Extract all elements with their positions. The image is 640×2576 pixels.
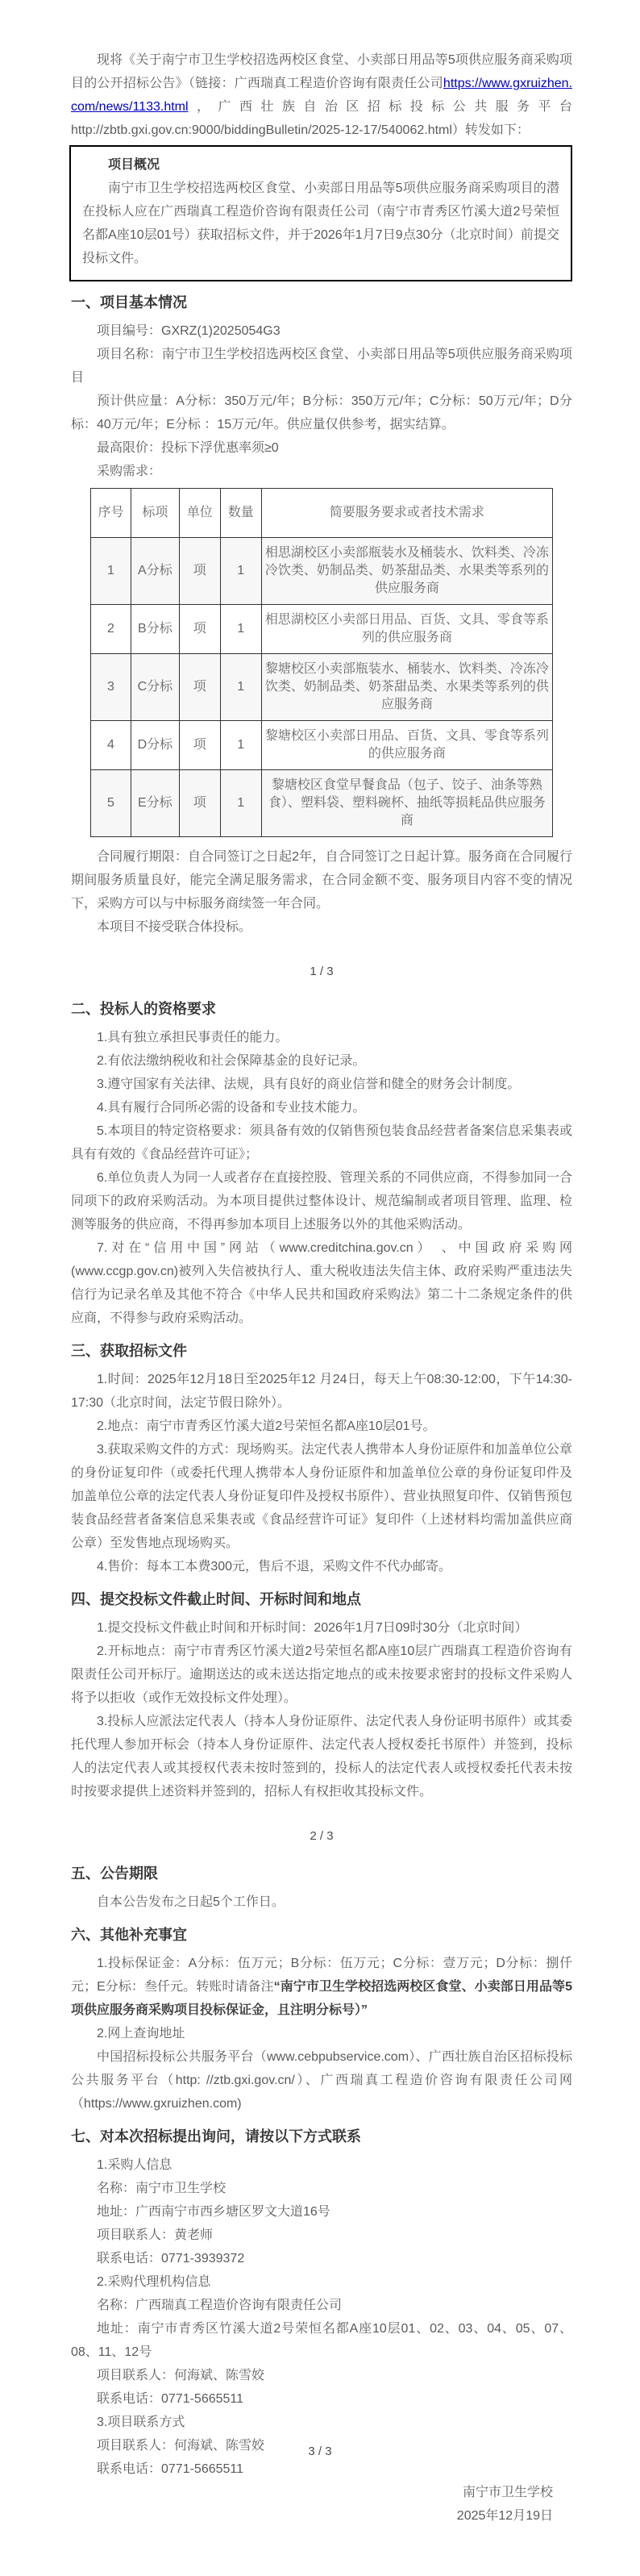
table-cell: 项 bbox=[179, 770, 220, 837]
table-header-cell: 单位 bbox=[179, 489, 220, 538]
list-paragraph: 地址：广西南宁市西乡塘区罗文大道16号 bbox=[71, 2200, 572, 2224]
table-cell: B分标 bbox=[131, 605, 179, 654]
list-paragraph: 名称：广西瑞真工程造价咨询有限责任公司 bbox=[71, 2294, 572, 2317]
table-header-row: 序号标项单位数量简要服务要求或者技术需求 bbox=[91, 489, 553, 538]
list-paragraph: 5.本项目的特定资格要求：须具备有效的仅销售预包装食品经营者备案信息采集表或具有… bbox=[71, 1119, 572, 1166]
page-1-number: 1 / 3 bbox=[71, 960, 572, 983]
table-cell: 项 bbox=[179, 605, 220, 654]
list-paragraph: 2.地点：南宁市青秀区竹溪大道2号荣恒名都A座10层01号。 bbox=[71, 1415, 572, 1438]
section-heading-5: 五、公告期限 bbox=[71, 1861, 572, 1886]
table-cell: A分标 bbox=[131, 538, 179, 605]
list-paragraph: 1.提交投标文件截止时间和开标时间：2026年1月7日09时30分（北京时间） bbox=[71, 1616, 572, 1640]
list-paragraph: 3.项目联系方式 bbox=[71, 2411, 572, 2434]
list-paragraph: 联系电话：0771-3939372 bbox=[71, 2247, 572, 2270]
requirements-table: 序号标项单位数量简要服务要求或者技术需求1A分标项1相思湖校区小卖部瓶装水及桶装… bbox=[90, 488, 553, 837]
list-paragraph: 项目联系人：何海斌、陈雪姣 bbox=[71, 2364, 572, 2387]
document-page: 现将《关于南宁市卫生学校招选两校区食堂、小卖部日用品等5项供应服务商采购项目的公… bbox=[0, 0, 640, 2576]
table-cell: 1 bbox=[220, 538, 261, 605]
section-heading-4: 四、提交投标文件截止时间、开标时间和地点 bbox=[71, 1586, 572, 1612]
contract-terms-list: 合同履行期限：自合同签订之日起2年，自合同签订之日起计算。服务商在合同履行期间服… bbox=[71, 845, 572, 939]
table-cell: 1 bbox=[220, 605, 261, 654]
list-paragraph: 本项目不接受联合体投标。 bbox=[71, 915, 572, 939]
contact-info-list: 1.采购人信息名称：南宁市卫生学校地址：广西南宁市西乡塘区罗文大道16号项目联系… bbox=[71, 2153, 572, 2481]
bid-submission-list: 1.提交投标文件截止时间和开标时间：2026年1月7日09时30分（北京时间）2… bbox=[71, 1616, 572, 1803]
list-paragraph: 联系电话：0771-5665511 bbox=[71, 2387, 572, 2411]
section-heading-2: 二、投标人的资格要求 bbox=[71, 996, 572, 1022]
table-cell: 黎塘校区食堂早餐食品（包子、饺子、油条等熟食）、塑料袋、塑料碗杯、抽纸等损耗品供… bbox=[261, 770, 552, 837]
overview-title: 项目概况 bbox=[82, 153, 559, 177]
project-basic-info-list: 项目编号：GXRZ(1)2025054G3项目名称：南宁市卫生学校招选两校区食堂… bbox=[71, 319, 572, 483]
list-paragraph: 1.时间：2025年12月18日至2025年12 月24日，每天上午08:30-… bbox=[71, 1368, 572, 1415]
list-paragraph: 2.开标地点：南宁市青秀区竹溪大道2号荣恒名都A座10层广西瑞真工程造价咨询有限… bbox=[71, 1640, 572, 1710]
list-paragraph: 3.投标人应派法定代表人（持本人身份证原件、法定代表人身份证明书原件）或其委托代… bbox=[71, 1710, 572, 1803]
table-header-cell: 序号 bbox=[91, 489, 131, 538]
announcement-period-body: 自本公告发布之日起5个工作日。 bbox=[71, 1890, 572, 1914]
list-paragraph: 名称：南宁市卫生学校 bbox=[71, 2177, 572, 2200]
list-paragraph: 2.有依法缴纳税收和社会保障基金的良好记录。 bbox=[71, 1049, 572, 1073]
signature-org: 南宁市卫生学校 bbox=[71, 2481, 572, 2504]
list-paragraph: 6.单位负责人为同一人或者存在直接控股、管理关系的不同供应商，不得参加同一合同项… bbox=[71, 1166, 572, 1236]
list-paragraph: 1.具有独立承担民事责任的能力。 bbox=[71, 1026, 572, 1049]
table-row: 3C分标项1黎塘校区小卖部瓶装水、桶装水、饮料类、冷冻冷饮类、奶制品类、奶茶甜品… bbox=[91, 654, 553, 721]
section-heading-7: 七、对本次招标提出询问，请按以下方式联系 bbox=[71, 2124, 572, 2149]
table-cell: 黎塘校区小卖部瓶装水、桶装水、饮料类、冷冻冷饮类、奶制品类、奶茶甜品类、水果类等… bbox=[261, 654, 552, 721]
table-cell: 项 bbox=[179, 721, 220, 770]
list-paragraph: 预计供应量：A分标：350万元/年；B分标：350万元/年；C分标：50万元/年… bbox=[71, 390, 572, 436]
table-cell: 相思湖校区小卖部日用品、百货、文具、零食等系列的供应服务商 bbox=[261, 605, 552, 654]
table-cell: 1 bbox=[220, 721, 261, 770]
list-paragraph: 1.采购人信息 bbox=[71, 2153, 572, 2177]
list-paragraph: 采购需求： bbox=[71, 460, 572, 483]
table-cell: 1 bbox=[220, 654, 261, 721]
online-query-title: 2.网上查询地址 bbox=[71, 2022, 572, 2045]
section-heading-1: 一、项目基本情况 bbox=[71, 290, 572, 315]
list-paragraph: 合同履行期限：自合同签订之日起2年，自合同签订之日起计算。服务商在合同履行期间服… bbox=[71, 845, 572, 915]
page-3-number: 3 / 3 bbox=[0, 2440, 640, 2463]
table-cell: 5 bbox=[91, 770, 131, 837]
intro-paragraph: 现将《关于南宁市卫生学校招选两校区食堂、小卖部日用品等5项供应服务商采购项目的公… bbox=[71, 48, 572, 142]
list-paragraph: 7.对在“信用中国”网站（www.creditchina.gov.cn） 、中国… bbox=[71, 1236, 572, 1330]
table-header-cell: 简要服务要求或者技术需求 bbox=[261, 489, 552, 538]
obtain-documents-list: 1.时间：2025年12月18日至2025年12 月24日，每天上午08:30-… bbox=[71, 1368, 572, 1578]
list-paragraph: 4.具有履行合同所必需的设备和专业技术能力。 bbox=[71, 1096, 572, 1119]
list-paragraph: 项目编号：GXRZ(1)2025054G3 bbox=[71, 319, 572, 343]
list-paragraph: 2.采购代理机构信息 bbox=[71, 2270, 572, 2294]
table-cell: 3 bbox=[91, 654, 131, 721]
project-overview-box: 项目概况 南宁市卫生学校招选两校区食堂、小卖部日用品等5项供应服务商采购项目的潜… bbox=[69, 145, 572, 281]
table-row: 1A分标项1相思湖校区小卖部瓶装水及桶装水、饮料类、冷冻冷饮类、奶制品类、奶茶甜… bbox=[91, 538, 553, 605]
list-paragraph: 项目名称：南宁市卫生学校招选两校区食堂、小卖部日用品等5项供应服务商采购项目 bbox=[71, 343, 572, 390]
table-cell: 1 bbox=[91, 538, 131, 605]
table-cell: 项 bbox=[179, 654, 220, 721]
list-paragraph: 项目联系人：黄老师 bbox=[71, 2224, 572, 2247]
table-cell: 2 bbox=[91, 605, 131, 654]
section-heading-3: 三、获取招标文件 bbox=[71, 1338, 572, 1364]
table-cell: 4 bbox=[91, 721, 131, 770]
list-paragraph: 3.获取采购文件的方式：现场购买。法定代表人携带本人身份证原件和加盖单位公章的身… bbox=[71, 1438, 572, 1555]
list-paragraph: 4.售价：每本工本费300元，售后不退，采购文件不代办邮寄。 bbox=[71, 1555, 572, 1578]
table-cell: C分标 bbox=[131, 654, 179, 721]
table-cell: 相思湖校区小卖部瓶装水及桶装水、饮料类、冷冻冷饮类、奶制品类、奶茶甜品类、水果类… bbox=[261, 538, 552, 605]
table-row: 2B分标项1相思湖校区小卖部日用品、百货、文具、零食等系列的供应服务商 bbox=[91, 605, 553, 654]
qualification-requirements-list: 1.具有独立承担民事责任的能力。2.有依法缴纳税收和社会保障基金的良好记录。3.… bbox=[71, 1026, 572, 1330]
table-cell: 黎塘校区小卖部日用品、百货、文具、零食等系列的供应服务商 bbox=[261, 721, 552, 770]
table-row: 4D分标项1黎塘校区小卖部日用品、百货、文具、零食等系列的供应服务商 bbox=[91, 721, 553, 770]
table-cell: E分标 bbox=[131, 770, 179, 837]
signature-date: 2025年12月19日 bbox=[71, 2504, 572, 2528]
table-cell: 1 bbox=[220, 770, 261, 837]
table-header-cell: 数量 bbox=[220, 489, 261, 538]
table-header-cell: 标项 bbox=[131, 489, 179, 538]
list-paragraph: 3.遵守国家有关法律、法规，具有良好的商业信誉和健全的财务会计制度。 bbox=[71, 1073, 572, 1096]
online-query-body: 中国招标投标公共服务平台（www.cebpubservice.com）、广西壮族… bbox=[71, 2045, 572, 2115]
bid-bond-paragraph: 1.投标保证金：A分标：伍万元；B分标：伍万元；C分标：壹万元；D分标：捌仟元；… bbox=[71, 1952, 572, 2022]
table-cell: 项 bbox=[179, 538, 220, 605]
overview-body: 南宁市卫生学校招选两校区食堂、小卖部日用品等5项供应服务商采购项目的潜在投标人应… bbox=[82, 177, 559, 270]
table-row: 5E分标项1黎塘校区食堂早餐食品（包子、饺子、油条等熟食）、塑料袋、塑料碗杯、抽… bbox=[91, 770, 553, 837]
table-cell: D分标 bbox=[131, 721, 179, 770]
list-paragraph: 地址：南宁市青秀区竹溪大道2号荣恒名都A座10层01、02、03、04、05、0… bbox=[71, 2317, 572, 2364]
page-2-number: 2 / 3 bbox=[71, 1824, 572, 1848]
list-paragraph: 最高限价：投标下浮优惠率须≥0 bbox=[71, 436, 572, 460]
section-heading-6: 六、其他补充事宜 bbox=[71, 1922, 572, 1948]
